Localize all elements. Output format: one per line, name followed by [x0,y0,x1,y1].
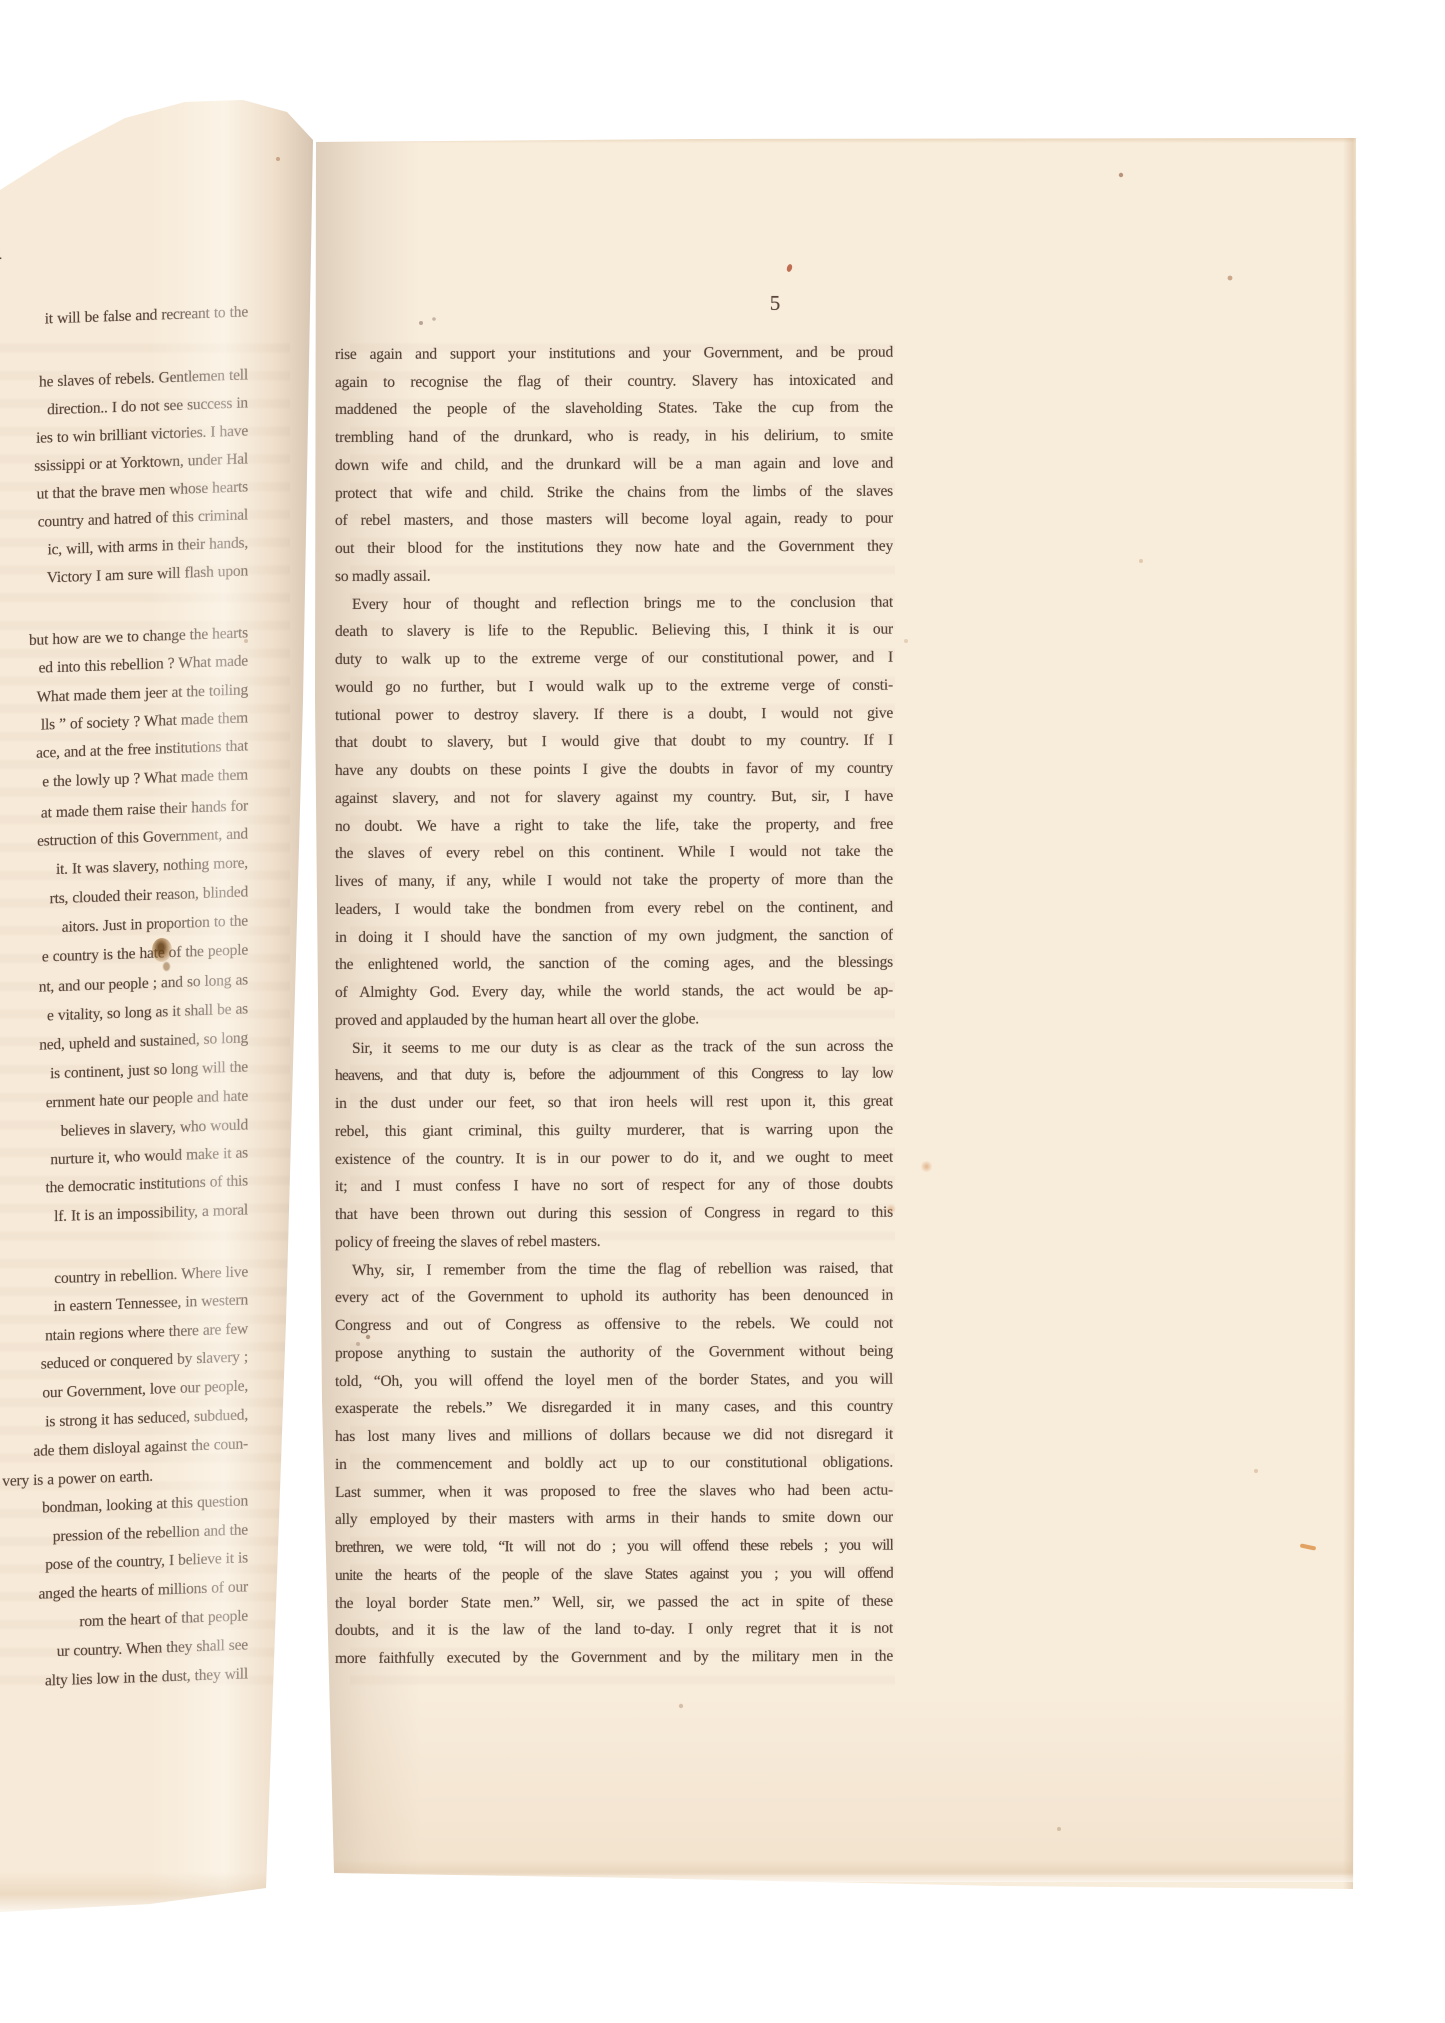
text-line: maddened the people of the slaveholding … [335,399,893,429]
text-line: in the dust under our feet, so that iron… [335,1093,893,1123]
left-page-number: 4 [0,243,13,269]
text-line: heavens, and that duty is, before the ad… [335,1065,893,1095]
text-line: no doubt. We have a right to take the li… [335,815,893,845]
text-line: of Almighty God. Every day, while the wo… [335,982,893,1012]
ink-specks [0,0,2,2]
gutter-shadow-left [150,0,315,2023]
text-line: trembling hand of the drunkard, who is r… [335,427,893,457]
text-line: more faithfully executed by the Governme… [335,1648,893,1678]
text-line: that have been thrown out during this se… [335,1204,893,1234]
photo-background: { "document": { "left_page": { "page_num… [0,0,1445,2023]
text-line: have any doubts on these points I give t… [335,760,893,790]
text-line: ally employed by their masters with arms… [335,1509,893,1539]
text-line: Last summer, when it was proposed to fre… [335,1481,893,1511]
text-line: protect that wife and child. Strike the … [335,482,893,512]
text-line: so madly assail. [335,566,893,596]
page-edge-bottom-left [0,1872,320,1912]
page-edge-bottom-right [313,1860,1358,1882]
text-line: Why, sir, I remember from the time the f… [335,1259,893,1289]
text-line: has lost many lives and millions of doll… [335,1426,893,1456]
right-page-text: rise again and support your institutions… [335,0,893,2023]
text-line: propose anything to sustain the authorit… [335,1342,893,1372]
text-line: unite the hearts of the people of the sl… [335,1564,893,1594]
text-line: death to slavery is life to the Republic… [335,621,893,651]
text-line: existence of the country. It is in our p… [335,1148,893,1178]
text-line: tutional power to destroy slavery. If th… [335,704,893,734]
text-line: in the commencement and boldly act up to… [335,1453,893,1483]
text-line: lives of many, if any, while I would not… [335,871,893,901]
text-line: it; and I must confess I have no sort of… [335,1176,893,1206]
text-line: Sir, it seems to me our duty is as clear… [335,1037,893,1067]
text-line: leaders, I would take the bondmen from e… [335,898,893,928]
text-line: rebel, this giant criminal, this guilty … [335,1120,893,1150]
page-edge-top [313,138,1358,143]
text-line: proved and applauded by the human heart … [335,1009,893,1039]
text-line: rise again and support your institutions… [335,344,893,374]
text-line: Every hour of thought and reflection bri… [335,593,893,623]
text-line: policy of freeing the slaves of rebel ma… [335,1231,893,1261]
text-line: of rebel masters, and those masters will… [335,510,893,540]
text-line: Congress and out of Congress as offensiv… [335,1315,893,1345]
text-line: exasperate the rebels.” We disregarded i… [335,1398,893,1428]
page-edge-right [1343,138,1357,1890]
text-line: that doubt to slavery, but I would give … [335,732,893,762]
text-line: down wife and child, and the drunkard wi… [335,455,893,485]
text-line: every act of the Government to uphold it… [335,1287,893,1317]
text-line: told, “Oh, you will offend the loyel men… [335,1370,893,1400]
text-line: would go no further, but I would walk up… [335,677,893,707]
text-line: against slavery, and not for slavery aga… [335,787,893,817]
text-line: the loyal border State men.” Well, sir, … [335,1592,893,1622]
text-line: out their blood for the institutions the… [335,538,893,568]
text-line: again to recognise the flag of their cou… [335,371,893,401]
text-line: in doing it I should have the sanction o… [335,926,893,956]
text-line: doubts, and it is the law of the land to… [335,1620,893,1650]
text-line: brethren, we were told, “It will not do … [335,1537,893,1567]
text-line: the enlightened world, the sanction of t… [335,954,893,984]
text-line: duty to walk up to the extreme verge of … [335,649,893,679]
text-line: the slaves of every rebel on this contin… [335,843,893,873]
